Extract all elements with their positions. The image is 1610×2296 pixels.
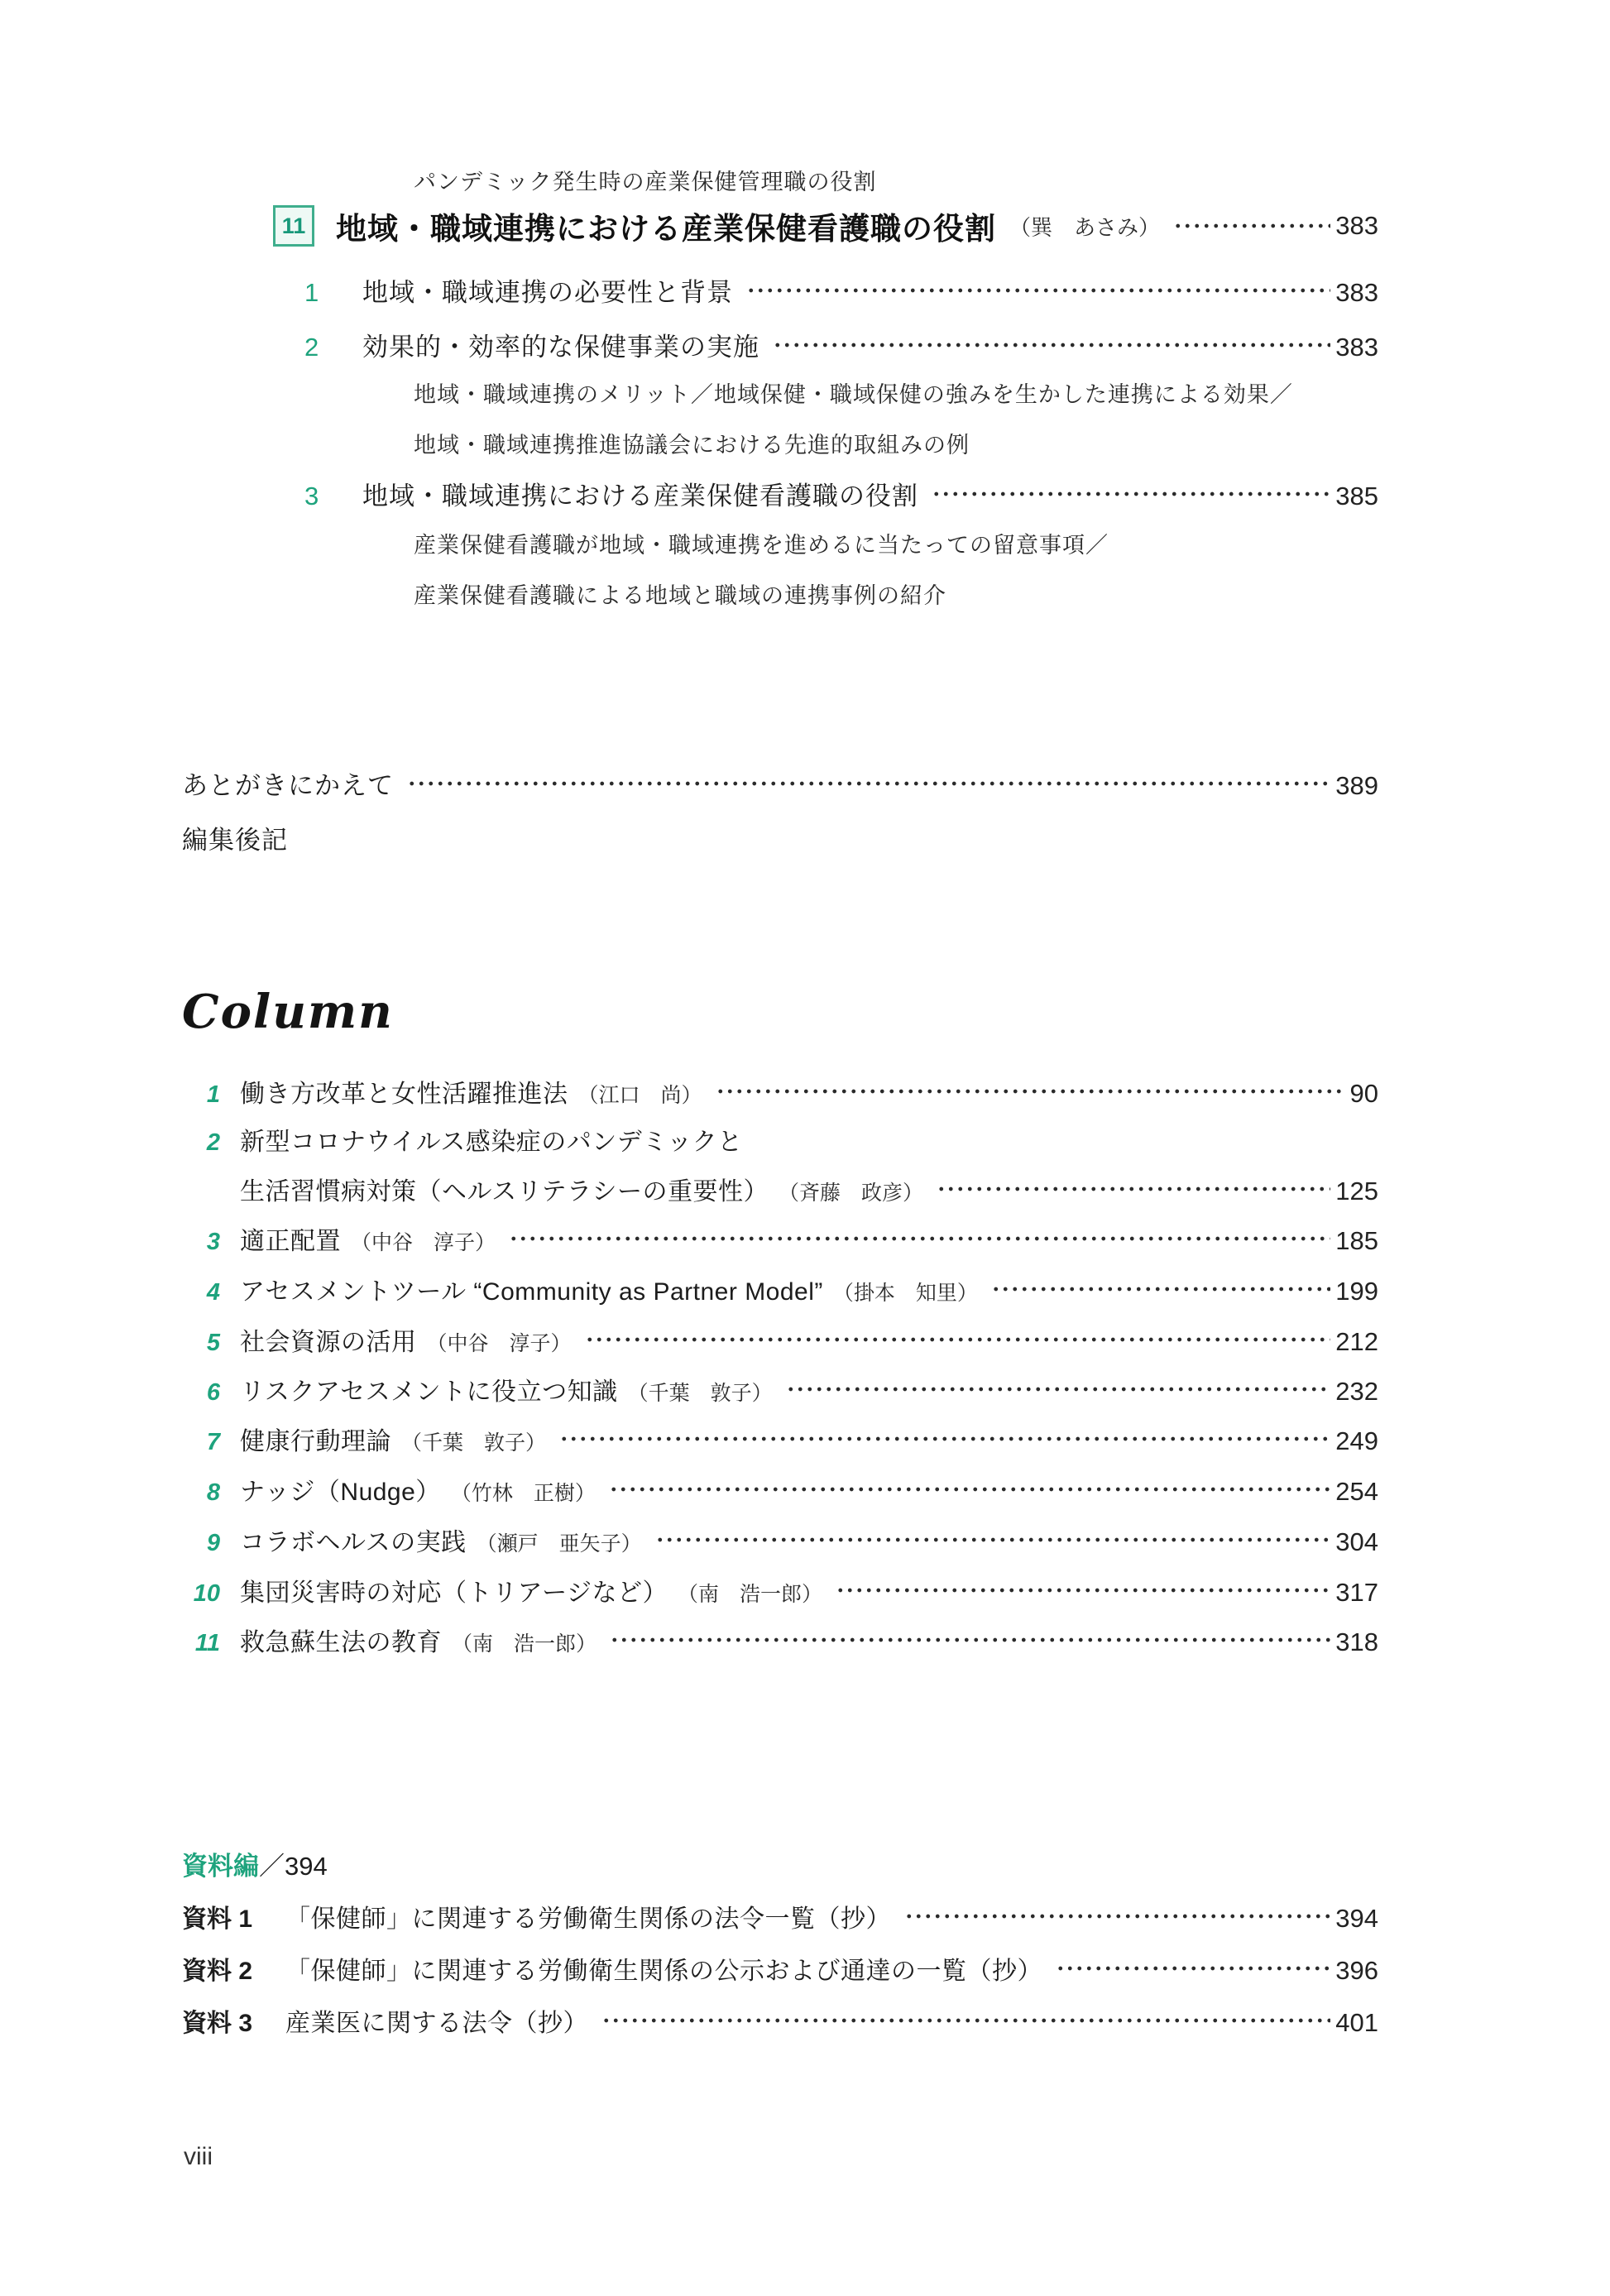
column-row-4: 4 アセスメントツール “Community as Partner Model”… — [182, 1271, 1378, 1307]
column-title: アセスメントツール “Community as Partner Model” — [240, 1271, 823, 1307]
section-number: 2 — [304, 333, 362, 362]
column-title: 健康行動理論 — [240, 1421, 391, 1457]
dotted-leader — [1173, 221, 1330, 231]
appendix-title: 「保健師」に関連する労働衛生関係の公示および通達の一覧（抄） — [285, 1950, 1042, 1987]
column-row-8: 8 ナッジ（Nudge） （竹林 正樹） 254 — [182, 1471, 1378, 1507]
appendix-heading: 資料編 — [182, 1845, 259, 1882]
column-page-number: 90 — [1350, 1079, 1378, 1109]
dotted-leader — [932, 489, 1330, 499]
column-author: （中谷 淳子） — [351, 1226, 496, 1256]
column-heading: Column — [182, 985, 394, 1039]
dotted-leader — [786, 1384, 1331, 1394]
column-number: 2 — [182, 1129, 220, 1157]
section-subnote: 地域・職域連携推進協議会における先進的取組みの例 — [414, 427, 970, 459]
column-row-6: 6 リスクアセスメントに役立つ知識 （千葉 敦子） 232 — [182, 1371, 1378, 1407]
section-row-1: 1 地域・職域連携の必要性と背景 383 — [304, 271, 1378, 309]
column-page-number: 304 — [1335, 1527, 1378, 1557]
section-subnote: 地域・職域連携のメリット／地域保健・職域保健の強みを生かした連携による効果／ — [414, 376, 1293, 409]
column-number: 6 — [182, 1379, 220, 1407]
column-page-number: 249 — [1335, 1426, 1378, 1456]
dotted-leader — [773, 340, 1330, 350]
column-author: （南 浩一郎） — [678, 1578, 822, 1608]
column-author: （竹林 正樹） — [451, 1477, 596, 1507]
section-title: 地域・職域連携の必要性と背景 — [362, 271, 733, 309]
dotted-leader — [509, 1234, 1330, 1244]
appendix-heading-row: 資料編 ／394 — [182, 1845, 1378, 1882]
column-author: （千葉 敦子） — [401, 1426, 546, 1456]
column-title: 集団災害時の対応（トリアージなど） — [240, 1572, 668, 1608]
appendix-title: 「保健師」に関連する労働衛生関係の法令一覧（抄） — [285, 1898, 891, 1934]
appendix-row-3: 資料 3 産業医に関する法令（抄） 401 — [182, 2002, 1378, 2039]
column-title: 適正配置 — [240, 1220, 341, 1257]
column-row-5: 5 社会資源の活用 （中谷 淳子） 212 — [182, 1321, 1378, 1358]
column-page-number: 125 — [1335, 1177, 1378, 1206]
continuation-note: パンデミック発生時の産業保健管理職の役割 — [414, 164, 876, 196]
toc-page: パンデミック発生時の産業保健管理職の役割 11 地域・職域連携における産業保健看… — [0, 0, 1610, 2296]
column-number: 1 — [182, 1081, 220, 1109]
column-number: 5 — [182, 1330, 220, 1357]
section-page-number: 385 — [1335, 482, 1378, 511]
dotted-leader — [836, 1585, 1330, 1595]
appendix-title: 産業医に関する法令（抄） — [285, 2002, 588, 2039]
section-page-number: 383 — [1335, 278, 1378, 308]
column-row-3: 3 適正配置 （中谷 淳子） 185 — [182, 1220, 1378, 1257]
chapter-author: （巽 あさみ） — [1009, 211, 1160, 242]
appendix-page-number: 394 — [1335, 1904, 1378, 1934]
dotted-leader — [655, 1535, 1331, 1545]
dotted-leader — [937, 1184, 1330, 1194]
column-title: 生活習慣病対策（ヘルスリテラシーの重要性） — [240, 1171, 769, 1207]
appendix-label: 資料 1 — [182, 1898, 285, 1934]
folio-page-number: viii — [184, 2143, 213, 2171]
section-title: 効果的・効率的な保健事業の実施 — [362, 326, 759, 363]
dotted-leader — [407, 779, 1330, 789]
editors-note: 編集後記 — [182, 819, 288, 856]
section-subnote: 産業保健看護職が地域・職域連携を進めるに当たっての留意事項／ — [414, 527, 1109, 559]
column-author: （瀬戸 亜矢子） — [477, 1527, 642, 1557]
column-page-number: 185 — [1335, 1226, 1378, 1256]
section-number: 1 — [304, 278, 362, 308]
column-row-7: 7 健康行動理論 （千葉 敦子） 249 — [182, 1421, 1378, 1457]
dotted-leader — [991, 1284, 1330, 1294]
column-page-number: 212 — [1335, 1327, 1378, 1357]
editors-note-row: 編集後記 — [182, 819, 1378, 856]
chapter-number-badge: 11 — [273, 205, 314, 247]
column-title: ナッジ（Nudge） — [240, 1471, 441, 1507]
section-row-2: 2 効果的・効率的な保健事業の実施 383 — [304, 326, 1378, 363]
dotted-leader — [746, 285, 1330, 295]
column-page-number: 199 — [1335, 1277, 1378, 1306]
appendix-label: 資料 2 — [182, 1950, 285, 1987]
column-row-2-line1: 2 新型コロナウイルス感染症のパンデミックと — [182, 1121, 1378, 1158]
column-author: （南 浩一郎） — [452, 1627, 597, 1657]
column-row-10: 10 集団災害時の対応（トリアージなど） （南 浩一郎） 317 — [182, 1572, 1378, 1608]
afterword-page-number: 389 — [1335, 771, 1378, 801]
column-row-11: 11 救急蘇生法の教育 （南 浩一郎） 318 — [182, 1622, 1378, 1658]
column-author: （中谷 淳子） — [427, 1327, 572, 1357]
section-row-3: 3 地域・職域連携における産業保健看護職の役割 385 — [304, 475, 1378, 512]
appendix-heading-page: ／394 — [259, 1845, 328, 1882]
section-subnote: 産業保健看護職による地域と職域の連携事例の紹介 — [414, 578, 946, 610]
chapter-row: 11 地域・職域連携における産業保健看護職の役割 （巽 あさみ） 383 — [182, 204, 1378, 248]
column-page-number: 318 — [1335, 1627, 1378, 1657]
column-row-9: 9 コラボヘルスの実践 （瀬戸 亜矢子） 304 — [182, 1522, 1378, 1558]
dotted-leader — [1056, 1963, 1330, 1973]
column-title: リスクアセスメントに役立つ知識 — [240, 1371, 618, 1407]
column-author: （千葉 敦子） — [628, 1377, 773, 1407]
column-page-number: 317 — [1335, 1578, 1378, 1608]
dotted-leader — [559, 1434, 1330, 1444]
column-author: （江口 尚） — [578, 1079, 702, 1109]
appendix-page-number: 401 — [1335, 2008, 1378, 2038]
afterword-title: あとがきにかえて — [182, 765, 394, 802]
section-title: 地域・職域連携における産業保健看護職の役割 — [362, 475, 918, 512]
section-number: 3 — [304, 482, 362, 511]
appendix-row-1: 資料 1 「保健師」に関連する労働衛生関係の法令一覧（抄） 394 — [182, 1898, 1378, 1934]
chapter-page-number: 383 — [1335, 211, 1378, 241]
column-number: 10 — [182, 1580, 220, 1608]
chapter-title: 地域・職域連携における産業保健看護職の役割 — [336, 204, 996, 248]
column-author: （掛本 知里） — [833, 1277, 978, 1306]
dotted-leader — [609, 1484, 1330, 1494]
dotted-leader — [585, 1335, 1331, 1345]
column-title: 働き方改革と女性活躍推進法 — [240, 1073, 568, 1110]
dotted-leader — [610, 1635, 1330, 1645]
column-number: 3 — [182, 1229, 220, 1256]
dotted-leader — [716, 1086, 1345, 1096]
column-row-2-line2: 生活習慣病対策（ヘルスリテラシーの重要性） （斉藤 政彦） 125 — [182, 1171, 1378, 1207]
column-number: 7 — [182, 1429, 220, 1456]
dotted-leader — [904, 1911, 1330, 1921]
appendix-row-2: 資料 2 「保健師」に関連する労働衛生関係の公示および通達の一覧（抄） 396 — [182, 1950, 1378, 1987]
column-number: 4 — [182, 1279, 220, 1306]
section-page-number: 383 — [1335, 333, 1378, 362]
column-number: 11 — [182, 1630, 220, 1657]
column-title: コラボヘルスの実践 — [240, 1522, 467, 1558]
column-title: 新型コロナウイルス感染症のパンデミックと — [240, 1121, 743, 1158]
column-page-number: 232 — [1335, 1377, 1378, 1407]
column-title: 社会資源の活用 — [240, 1321, 417, 1358]
dotted-leader — [601, 2016, 1330, 2025]
column-row-1: 1 働き方改革と女性活躍推進法 （江口 尚） 90 — [182, 1073, 1378, 1110]
column-author: （斉藤 政彦） — [779, 1177, 923, 1206]
toc-content: パンデミック発生時の産業保健管理職の役割 11 地域・職域連携における産業保健看… — [182, 0, 1378, 2296]
afterword-row: あとがきにかえて 389 — [182, 765, 1378, 802]
column-page-number: 254 — [1335, 1477, 1378, 1507]
appendix-label: 資料 3 — [182, 2002, 285, 2039]
column-number: 8 — [182, 1479, 220, 1507]
column-number: 9 — [182, 1530, 220, 1557]
column-title: 救急蘇生法の教育 — [240, 1622, 442, 1658]
appendix-page-number: 396 — [1335, 1956, 1378, 1986]
